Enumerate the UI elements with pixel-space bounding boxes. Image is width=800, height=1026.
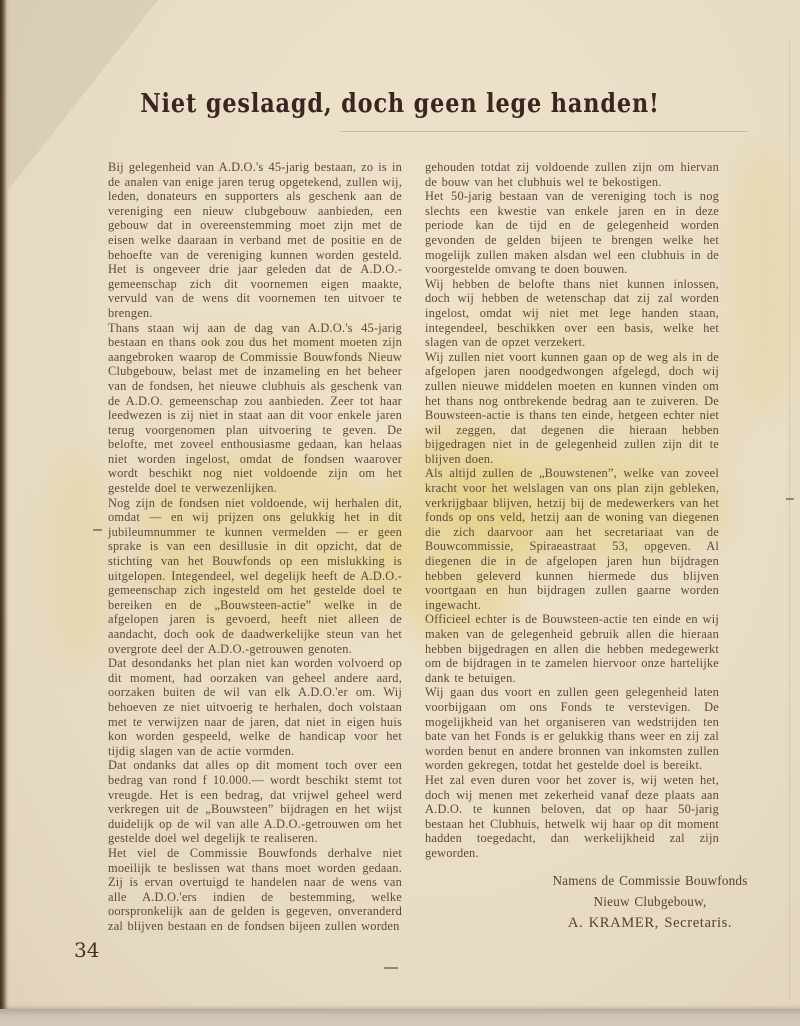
paragraph: Thans staan wij aan de dag van A.D.O.'s … [108, 321, 402, 496]
fold-line [789, 40, 791, 1000]
paragraph: Nog zijn de fondsen niet voldoende, wij … [108, 496, 402, 657]
paragraph: gehouden totdat zij voldoende zullen zij… [425, 160, 719, 189]
left-column: Bij gelegenheid van A.D.O.'s 45-jarig be… [108, 160, 402, 933]
scan-artifact [384, 967, 398, 969]
signature-name: A. KRAMER, Secretaris. [543, 912, 757, 936]
paragraph: Officieel echter is de Bouwsteen-actie t… [425, 612, 719, 685]
page-number: 34 [74, 938, 99, 962]
scan-artifact [786, 498, 794, 500]
page-edge-left [0, 0, 9, 1026]
paragraph: Dat desondanks het plan niet kan worden … [108, 656, 402, 758]
paragraph: Wij zullen niet voort kunnen gaan op de … [425, 350, 719, 467]
paragraph: Wij gaan dus voort en zullen geen gelege… [425, 685, 719, 773]
paragraph: Bij gelegenheid van A.D.O.'s 45-jarig be… [108, 160, 402, 321]
scanned-page: Niet geslaagd, doch geen lege handen! Bi… [0, 0, 800, 1026]
signature-line: Namens de Commissie Bouwfonds [543, 870, 757, 891]
paragraph: Wij hebben de belofte thans niet kunnen … [425, 277, 719, 350]
paragraph: Het zal even duren voor het zover is, wi… [425, 773, 719, 861]
paragraph: Het 50-jarig bestaan van de vereniging t… [425, 189, 719, 277]
paragraph: Dat ondanks dat alles op dit moment toch… [108, 758, 402, 846]
paper-stain [733, 150, 795, 415]
scan-artifact [93, 529, 102, 531]
signature-line: Nieuw Clubgebouw, [543, 891, 757, 912]
paragraph: Het viel de Commissie Bouwfonds derhalve… [108, 846, 402, 934]
page-title: Niet geslaagd, doch geen lege handen! [56, 89, 744, 119]
paper-stain [52, 450, 110, 660]
signature-block: Namens de Commissie Bouwfonds Nieuw Club… [543, 870, 757, 936]
right-column: gehouden totdat zij voldoende zullen zij… [425, 160, 719, 936]
paragraph: Als altijd zullen de „Bouwstenen”, welke… [425, 466, 719, 612]
title-rule [340, 131, 748, 132]
page-edge-bottom [0, 1009, 800, 1026]
